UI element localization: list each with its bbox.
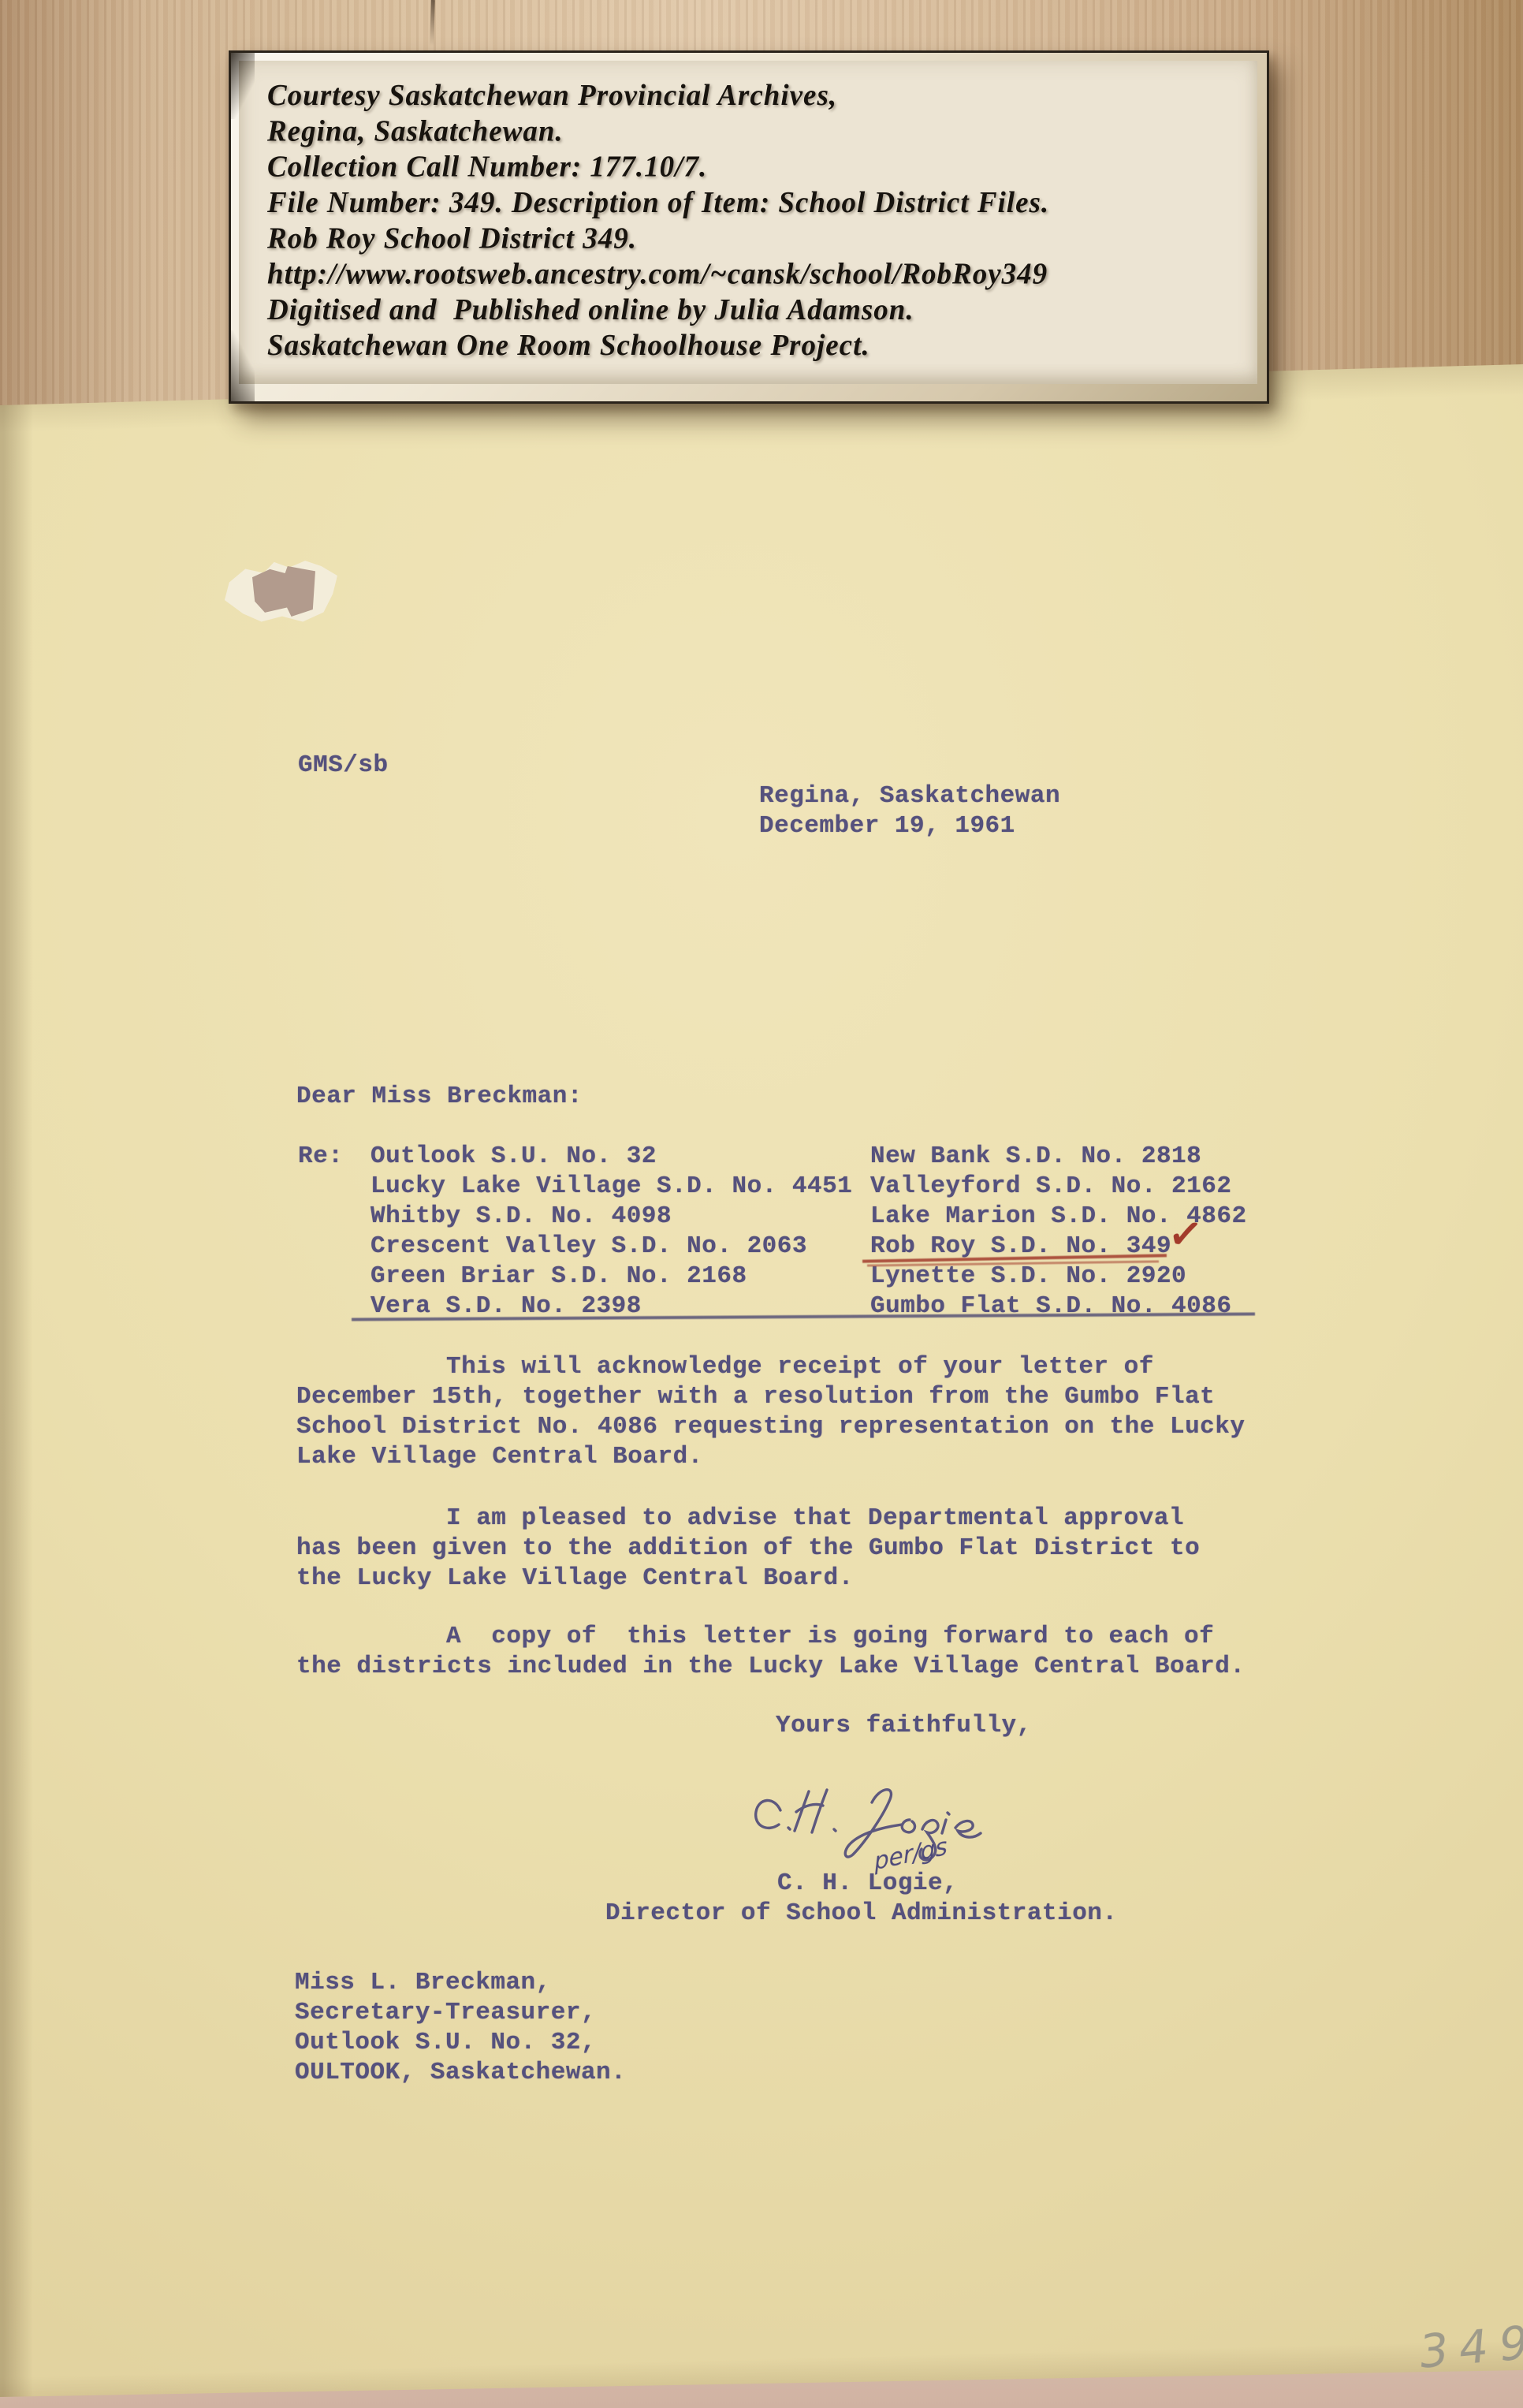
re-row-left: Whitby S.D. No. 4098 [371,1203,672,1230]
archive-caption-plaque: Courtesy Saskatchewan Provincial Archive… [229,50,1269,404]
recipient-line: OULTOOK, Saskatchewan. [295,2059,626,2086]
salutation: Dear Miss Breckman: [296,1083,583,1110]
caption-line: File Number: 349. Description of Item: S… [267,185,1049,221]
body-line: has been given to the addition of the Gu… [296,1535,1200,1562]
signed-name: C. H. Logie, [777,1870,958,1897]
body-line: Lake Village Central Board. [296,1444,703,1471]
caption-line: Courtesy Saskatchewan Provincial Archive… [267,78,1049,114]
re-row-left: Lucky Lake Village S.D. No. 4451 [371,1173,852,1200]
caption-line: Rob Roy School District 349. [267,221,1049,256]
body-line: School District No. 4086 requesting repr… [296,1414,1246,1441]
recipient-line: Miss L. Breckman, [295,1970,551,1996]
re-row-left: Outlook S.U. No. 32 [371,1143,657,1170]
re-row-right: Valleyford S.D. No. 2162 [870,1173,1231,1200]
body-line: I am pleased to advise that Departmental… [446,1505,1184,1532]
recipient-line: Outlook S.U. No. 32, [295,2030,596,2056]
re-row-left: Green Briar S.D. No. 2168 [371,1263,747,1290]
caption-text-block: Courtesy Saskatchewan Provincial Archive… [267,78,1049,364]
signed-title: Director of School Administration. [605,1900,1118,1927]
red-check-mark: ✓ [1166,1210,1205,1260]
body-line: the districts included in the Lucky Lake… [296,1653,1246,1680]
body-line: the Lucky Lake Village Central Board. [296,1565,854,1592]
archival-photo: GMS/sb Regina, Saskatchewan December 19,… [0,0,1523,2408]
pencil-file-number: 349 [1417,2314,1523,2379]
body-line: December 15th, together with a resolutio… [296,1384,1215,1411]
caption-corner-shadow-top-left [231,53,255,119]
re-label: Re: [298,1143,343,1170]
caption-line: Collection Call Number: 177.10/7. [267,150,1049,185]
letter-date: December 19, 1961 [759,813,1015,840]
typist-reference: GMS/sb [298,752,389,779]
re-row-right: Lynette S.D. No. 2920 [870,1263,1186,1290]
re-row-right: New Bank S.D. No. 2818 [870,1143,1201,1170]
caption-line: Regina, Saskatchewan. [267,114,1049,149]
caption-corner-shadow-bottom-left [231,330,255,401]
caption-line: Digitised and Published online by Julia … [267,293,1049,328]
closing: Yours faithfully, [776,1713,1032,1739]
caption-line-url: http://www.rootsweb.ancestry.com/~cansk/… [267,257,1049,293]
body-line: This will acknowledge receipt of your le… [446,1354,1154,1381]
recipient-line: Secretary-Treasurer, [295,2000,596,2026]
body-line: A copy of this letter is going forward t… [446,1623,1214,1650]
letter-place: Regina, Saskatchewan [759,783,1060,810]
caption-line: Saskatchewan One Room Schoolhouse Projec… [267,328,1049,363]
re-row-left: Crescent Valley S.D. No. 2063 [371,1233,807,1260]
